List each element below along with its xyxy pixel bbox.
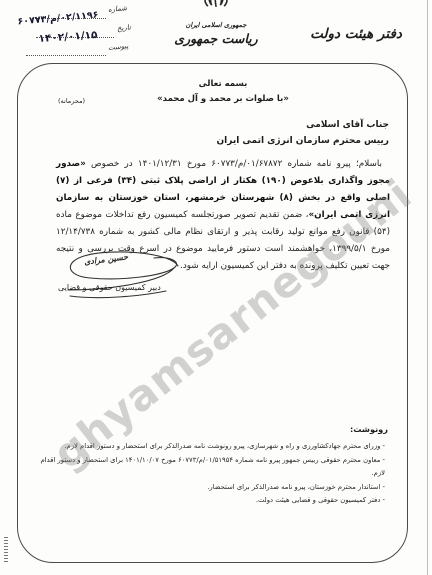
- signature-block: حسین مرادی دبیر کمیسیون حقوقی و قضایی: [50, 246, 195, 306]
- cc-list: - وزرای محترم جهادکشاورزی و راه و شهرساز…: [40, 440, 385, 508]
- iran-national-emblem-icon: [200, 0, 232, 19]
- classification-stamp: (محرمانه): [58, 97, 85, 105]
- attachment-dotted-line: [26, 54, 106, 56]
- recipient-title: رییس محترم سازمان انرژی اتمی ایران: [56, 136, 389, 146]
- cc-label: رونوشت:: [350, 424, 388, 434]
- presidency-line: ریاست جمهوری: [140, 31, 292, 46]
- date-value: ۱۴۰۲/۰۱/۱۵: [24, 28, 113, 46]
- signer-title: دبیر کمیسیون حقوقی و قضایی: [58, 283, 161, 292]
- number-value: ۰۲/۱۱۹۶/م/۶۰۷۷۳: [4, 8, 113, 28]
- body-intro: باسلام؛ پیرو نامه شماره ۰۱/۶۷۸۷۲/م/۶۰۷۷۳…: [86, 159, 382, 169]
- scan-edge-line: [427, 0, 428, 575]
- republic-line: جمهوری اسلامی ایران: [140, 21, 292, 29]
- cc-item: - دفتر کمیسیون حقوقی و قضایی هیئت دولت.: [40, 494, 385, 508]
- attachment-label: پیوست: [108, 42, 129, 52]
- recipient-name: جناب آقای اسلامی: [56, 120, 389, 130]
- cc-item: - استاندار محترم خوزستان، پیرو نامه صدرا…: [40, 481, 385, 495]
- date-label: تاریخ: [117, 23, 132, 32]
- letterhead-fields: شماره ۰۲/۱۱۹۶/م/۶۰۷۷۳ تاریخ ۱۴۰۲/۰۱/۱۵ پ…: [4, 2, 144, 60]
- edge-print-code: [4, 537, 8, 563]
- salawat-line: «با صلوات بر محمد و آل محمد»: [56, 94, 390, 104]
- office-name: دفتر هیئت دولت: [292, 26, 420, 42]
- letterhead-center: جمهوری اسلامی ایران ریاست جمهوری: [140, 0, 292, 46]
- cc-item: - وزرای محترم جهادکشاورزی و راه و شهرساز…: [40, 440, 385, 454]
- bismillah-line: بسمه تعالی: [56, 79, 390, 89]
- scanned-letter-page: شماره ۰۲/۱۱۹۶/م/۶۰۷۷۳ تاریخ ۱۴۰۲/۰۱/۱۵ پ…: [0, 0, 432, 575]
- cc-item: - معاون محترم حقوقی رییس جمهور پیرو نامه…: [40, 454, 385, 481]
